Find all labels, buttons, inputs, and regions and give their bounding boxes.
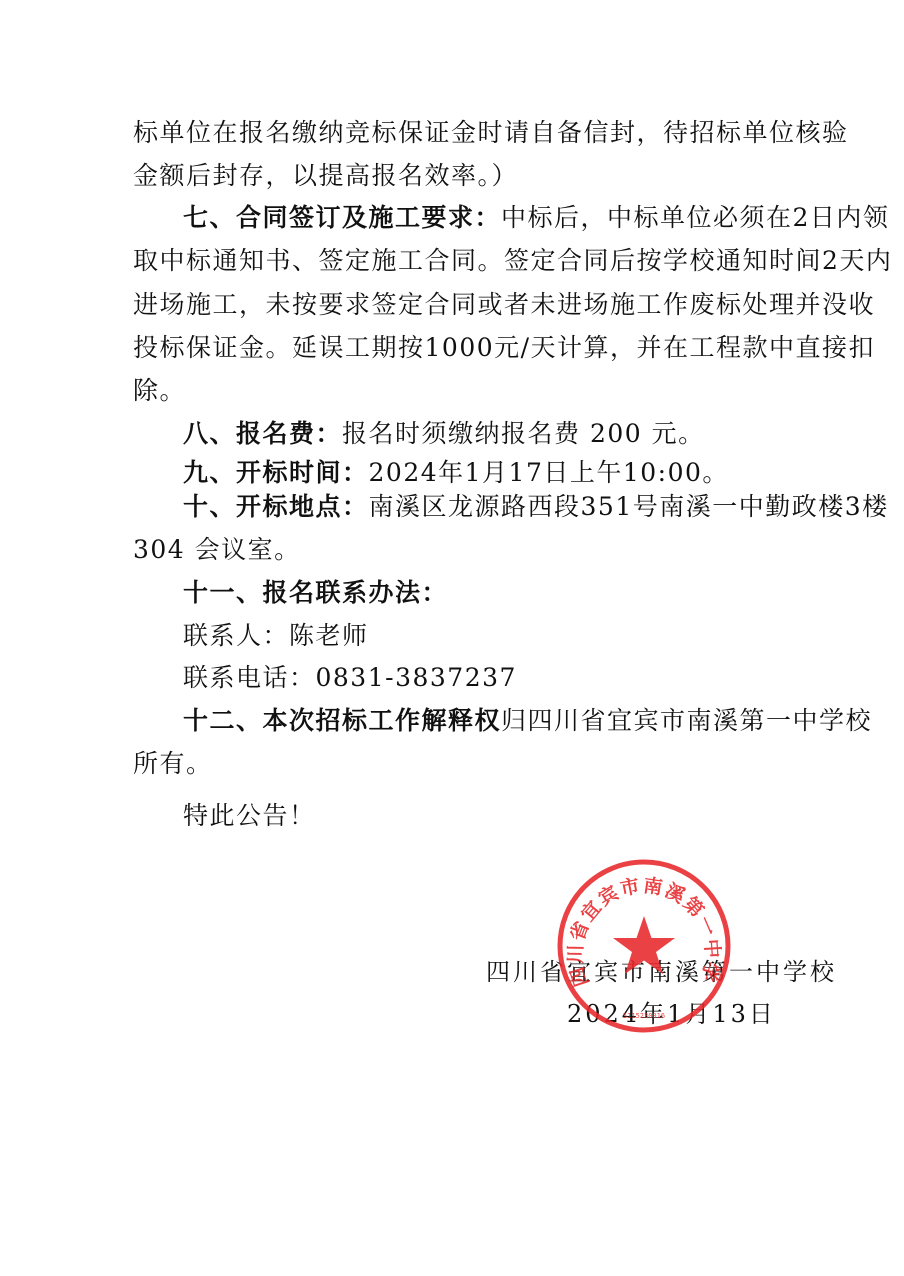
section-10-heading: 十、开标地点： [183,492,369,521]
section-9-text: 2024年1月17日上午10:00。 [369,458,729,487]
section-7-line-5: 除。 [133,374,833,408]
section-7-line-1: 七、合同签订及施工要求：中标后，中标单位必须在2日内领 [183,201,833,235]
section-7-line-3: 进场施工，未按要求签定合同或者未进场施工作废标处理并没收 [133,288,833,322]
official-seal-icon: 四川省宜宾市南溪第一中学校 5115230016 [556,858,732,1034]
section-7-text: 中标后，中标单位必须在2日内领 [501,203,889,232]
section-9-heading: 九、开标时间： [183,458,369,487]
closing-text: 特此公告！ [183,799,833,833]
svg-text:四川省宜宾市南溪第一中学校: 四川省宜宾市南溪第一中学校 [556,858,725,989]
contact-phone: 联系电话：0831-3837237 [183,661,833,695]
section-12-heading: 十二、本次招标工作解释权 [183,706,501,735]
section-7-line-4: 投标保证金。延误工期按1000元/天计算，并在工程款中直接扣 [133,331,833,365]
section-8-heading: 八、报名费： [183,419,342,448]
continuation-line-1: 标单位在报名缴纳竞标保证金时请自备信封，待招标单位核验 [133,116,833,150]
section-11-heading: 十一、报名联系办法： [183,578,448,607]
section-7-line-2: 取中标通知书、签定施工合同。签定合同后按学校通知时间2天内 [133,244,833,278]
section-10-line-1: 十、开标地点：南溪区龙源路西段351号南溪一中勤政楼3楼 [183,490,833,524]
section-12-text: 归四川省宜宾市南溪第一中学校 [501,706,872,735]
section-12-line-1: 十二、本次招标工作解释权归四川省宜宾市南溪第一中学校 [183,704,833,738]
section-10-line-2: 304 会议室。 [133,533,833,567]
section-10-text: 南溪区龙源路西段351号南溪一中勤政楼3楼 [369,492,889,521]
section-7-heading: 七、合同签订及施工要求： [183,203,501,232]
section-12-line-2: 所有。 [133,747,833,781]
continuation-line-2: 金额后封存，以提高报名效率。） [133,159,833,193]
section-8-text: 报名时须缴纳报名费 200 元。 [342,419,705,448]
section-9: 九、开标时间：2024年1月17日上午10:00。 [183,456,833,490]
svg-text:5115230016: 5115230016 [623,1012,665,1020]
contact-person: 联系人：陈老师 [183,619,833,653]
document-page: 标单位在报名缴纳竞标保证金时请自备信封，待招标单位核验 金额后封存，以提高报名效… [0,0,904,1276]
section-11-heading-line: 十一、报名联系办法： [183,576,833,610]
section-8: 八、报名费：报名时须缴纳报名费 200 元。 [183,417,833,451]
